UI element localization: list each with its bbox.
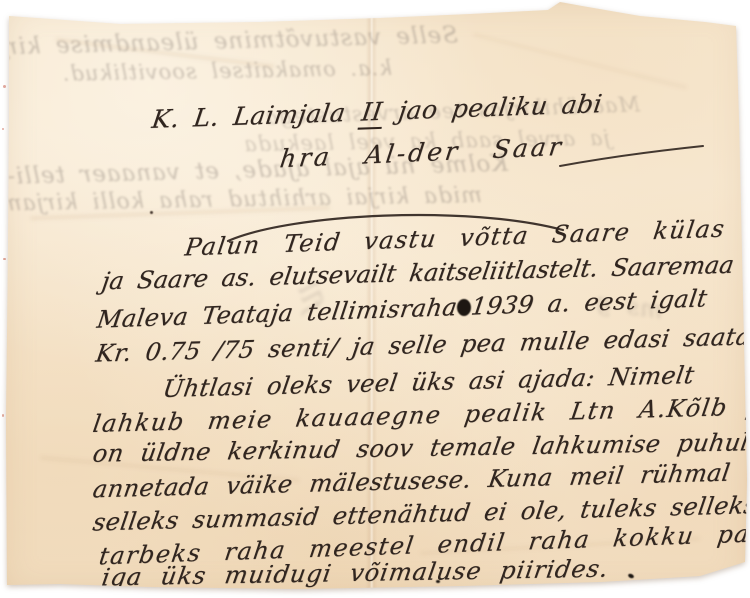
scanned-letter-page: { "document": { "kind": "scanned handwri… [0, 0, 750, 598]
ink-blot-over-year [457, 299, 471, 316]
header-roman-numeral: II [357, 97, 386, 130]
header-role: jao pealiku abi [397, 89, 604, 125]
letter-sheet-wrap: Selle vastuvõtmine üleandmise kirjas Alj… [0, 0, 750, 598]
bleedthrough-line: mida kirjai arhihtud raha kolli kirjamet [32, 183, 482, 216]
paper-wrinkle [473, 33, 687, 88]
bleedthrough-line: Selle vastuvõtmine üleandmise kirjas Alj… [28, 22, 459, 59]
ink-speck [436, 580, 440, 583]
header-org: K. L. Laimjala [150, 98, 347, 134]
bleedthrough-line: k.a. omakaitsel soovitlikud. [42, 56, 392, 86]
ink-speck [627, 573, 634, 579]
letter-sheet: Selle vastuvõtmine üleandmise kirjas Alj… [0, 0, 750, 598]
ink-speck [150, 211, 153, 214]
